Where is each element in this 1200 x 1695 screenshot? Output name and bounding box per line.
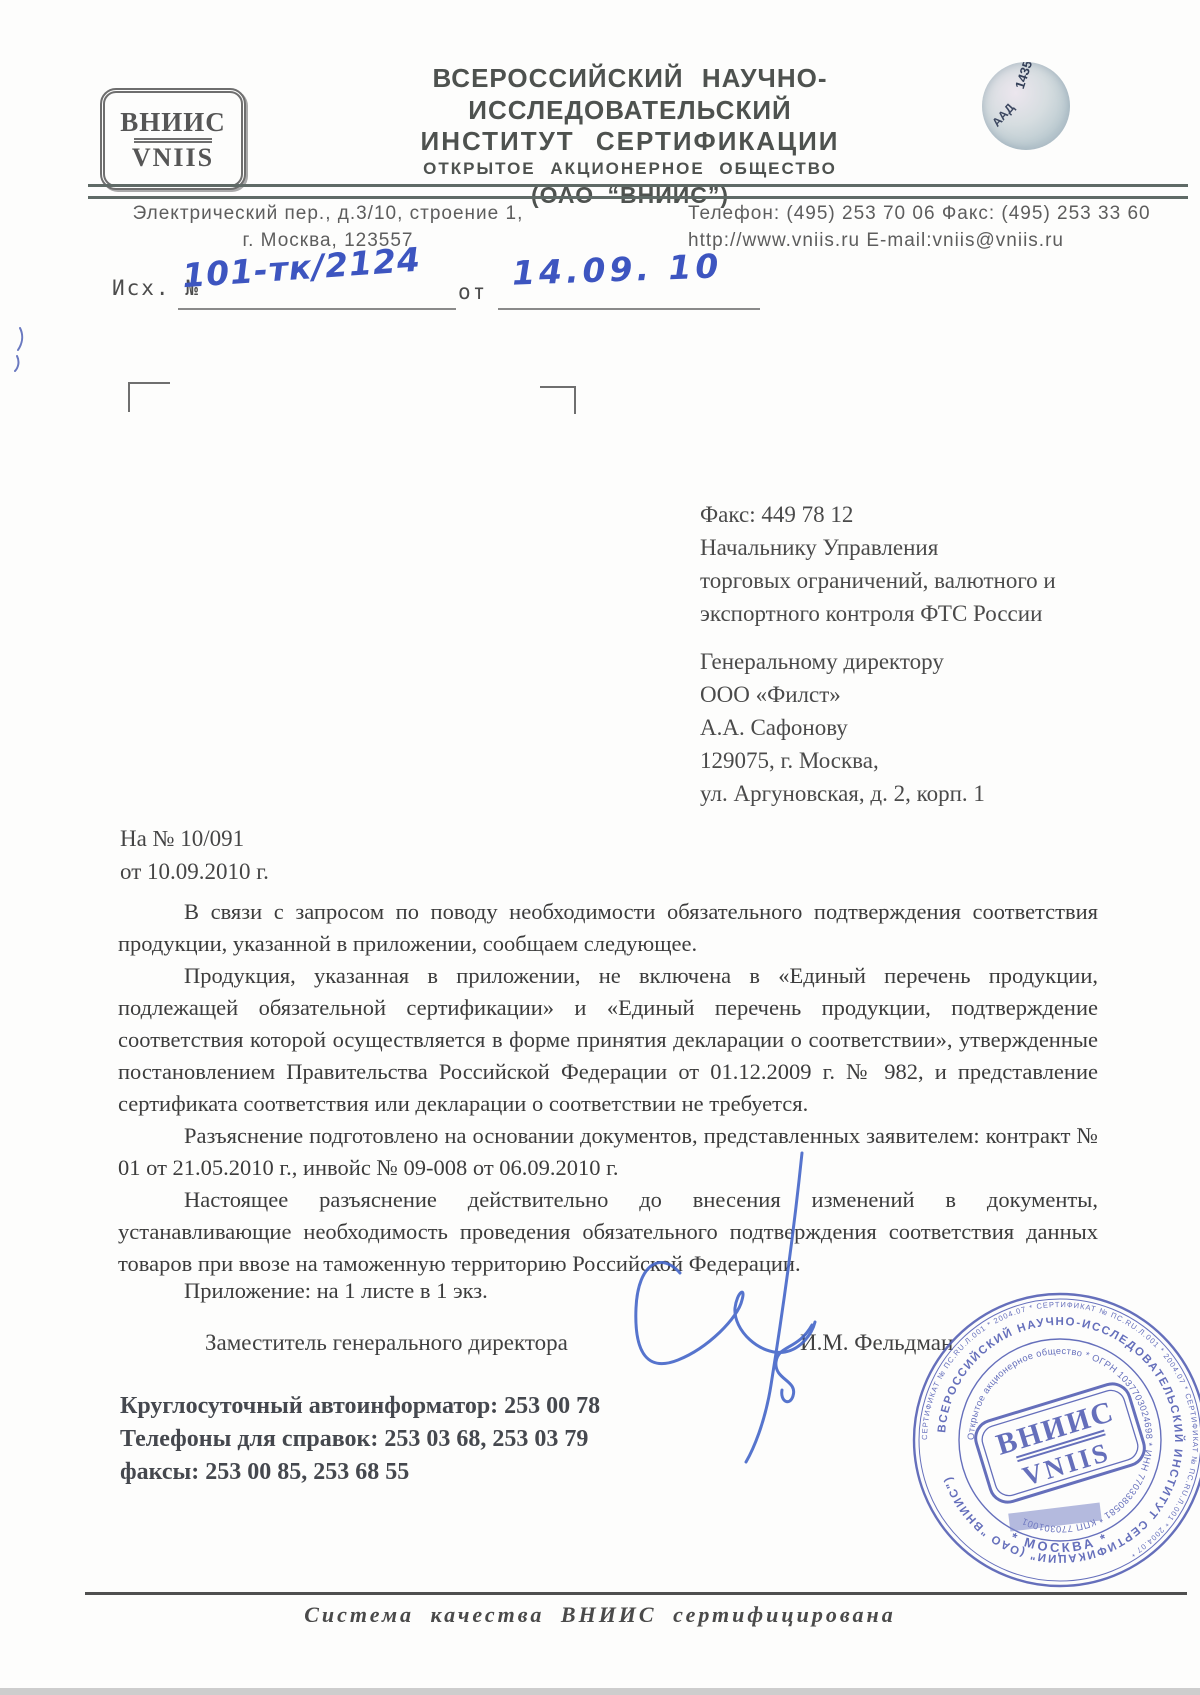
recipient-line: А.А. Сафонову [700, 711, 1160, 744]
phone-fax-line: Телефон: (495) 253 70 06 Факс: (495) 253… [688, 200, 1188, 227]
org-name-line2: ИНСТИТУТ СЕРТИФИКАЦИИ [300, 126, 960, 157]
inquiry-phones-line: Телефоны для справок: 253 03 68, 253 03 … [120, 1423, 600, 1456]
body-paragraph: В связи с запросом по поводу необходимос… [118, 896, 1098, 960]
scanner-edge-artifact [0, 1688, 1200, 1695]
reference-date: от 10.09.2010 г. [120, 855, 269, 888]
logo-text-en: VNIIS [132, 144, 214, 171]
recipient-line: торговых ограничений, валютного и [700, 564, 1160, 597]
header-double-rule [88, 184, 1188, 199]
crop-mark-right [540, 386, 576, 414]
recipient-line: Начальнику Управления [700, 531, 1160, 564]
reference-number: На № 10/091 [120, 822, 269, 855]
web-email-line: http://www.vniis.ru E-mail:vniis@vniis.r… [688, 227, 1188, 254]
round-stamp: СЕРТИФИКАТ № ПС.RU.Л.001 * 2004.07 * СЕР… [905, 1285, 1200, 1595]
ink-mark [12, 326, 30, 372]
footer-quality-note: Система качества ВНИИС сертифицирована [0, 1602, 1200, 1628]
autoinformer-line: Круглосуточный автоинформатор: 253 00 78 [120, 1390, 600, 1423]
logo-divider [134, 138, 212, 143]
recipient-line: ул. Аргуновская, д. 2, корп. 1 [700, 777, 1160, 810]
handwritten-outgoing-date: 14.09. 10 [511, 246, 723, 292]
logo-text-ru: ВНИИС [120, 108, 226, 136]
recipient-director-block: Генеральному директору ООО «Филст» А.А. … [700, 645, 1160, 810]
footer-rule [85, 1592, 1187, 1595]
scanned-letter-page: ВНИИС VNIIS ВСЕРОССИЙСКИЙ НАУЧНО-ИССЛЕДО… [0, 0, 1200, 1695]
recipient-line: Генеральному директору [700, 645, 1160, 678]
recipient-fax-block: Факс: 449 78 12 Начальнику Управления то… [700, 498, 1160, 630]
recipient-line: 129075, г. Москва, [700, 744, 1160, 777]
faxes-line: факсы: 253 00 85, 253 68 55 [120, 1456, 600, 1489]
vniis-logo: ВНИИС VNIIS [100, 88, 246, 190]
body-paragraph: Продукция, указанная в приложении, не вк… [118, 960, 1098, 1120]
contact-header: Телефон: (495) 253 70 06 Факс: (495) 253… [688, 200, 1188, 254]
signer-position: Заместитель генерального директора [205, 1330, 568, 1356]
org-name-line1: ВСЕРОССИЙСКИЙ НАУЧНО-ИССЛЕДОВАТЕЛЬСКИЙ [300, 62, 960, 126]
recipient-line: Факс: 449 78 12 [700, 498, 1160, 531]
handwritten-signature [590, 1140, 870, 1480]
date-underline [498, 308, 760, 310]
address-line1: Электрический пер., д.3/10, строение 1, [88, 200, 568, 227]
org-type-line: ОТКРЫТОЕ АКЦИОНЕРНОЕ ОБЩЕСТВО [300, 157, 960, 181]
hologram-number: 1435424 [1012, 62, 1042, 91]
recipient-line: ООО «Филст» [700, 678, 1160, 711]
number-underline [178, 308, 456, 310]
hologram-sticker-icon: 1435424 ААД [982, 62, 1070, 150]
recipient-line: экспортного контроля ФТС России [700, 597, 1160, 630]
outgoing-date-label: от [458, 280, 487, 304]
reference-block: На № 10/091 от 10.09.2010 г. [120, 822, 269, 888]
contact-footer-block: Круглосуточный автоинформатор: 253 00 78… [120, 1390, 600, 1489]
crop-mark-left [128, 382, 170, 412]
hologram-label: ААД [989, 101, 1017, 130]
